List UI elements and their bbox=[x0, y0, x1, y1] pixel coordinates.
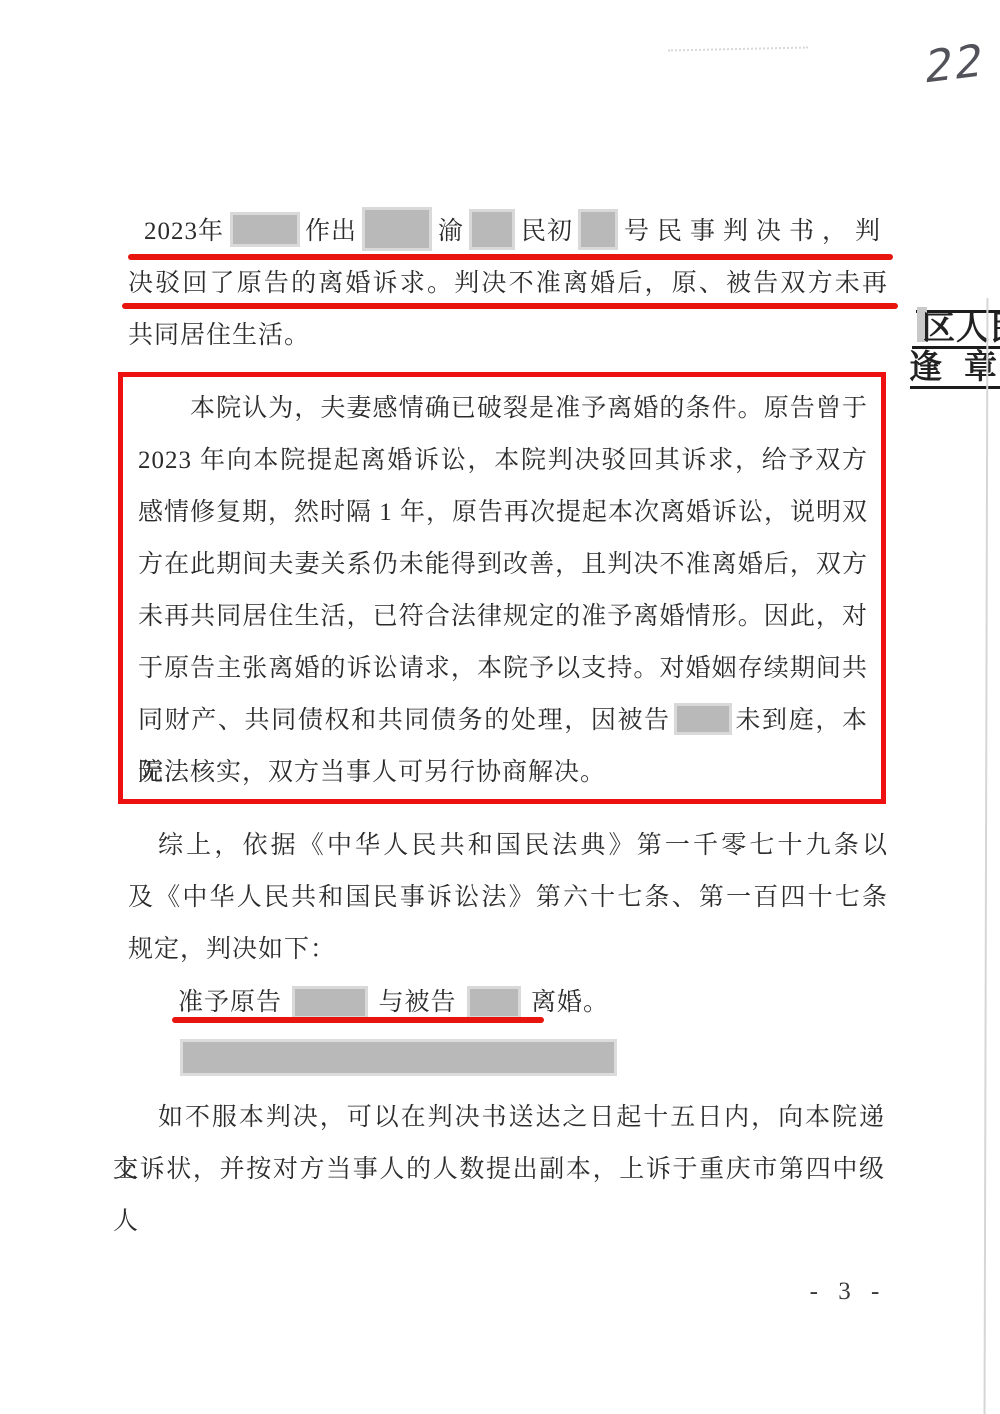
scan-smudge bbox=[668, 47, 808, 52]
intro-text: 渝 bbox=[438, 206, 464, 258]
edge-stamp-row2-right: 章 bbox=[964, 350, 998, 386]
ruling-paragraph: 综上，依据《中华人民共和国民法典》第一千零七十九条以 及《中华人民共和国民事诉讼… bbox=[128, 820, 888, 976]
redaction-bar bbox=[180, 1039, 617, 1076]
opinion-line: 未再共同居住生活，已符合法律规定的准予离婚情形。因此，对 bbox=[138, 591, 868, 643]
judgment-text: 与被告 bbox=[379, 989, 457, 1016]
appeal-paragraph: 如不服本判决，可以在判决书送达之日起十五日内，向本院递交 上诉状，并按对方当事人… bbox=[113, 1092, 885, 1196]
redaction-box bbox=[469, 209, 515, 250]
opinion-line: 感情修复期，然时隔 1 年，原告再次提起本次离婚诉讼，说明双 bbox=[138, 487, 868, 539]
intro-text: 作出 bbox=[305, 206, 357, 258]
appeal-line: 如不服本判决，可以在判决书送达之日起十五日内，向本院递交 bbox=[113, 1092, 885, 1144]
intro-text: 民初 bbox=[521, 206, 573, 258]
ruling-line: 及《中华人民共和国民事诉讼法》第六十七条、第一百四十七条 bbox=[128, 872, 888, 924]
intro-paragraph: 2023年 作出 渝 民初 号民事判决书，判 决驳回了原告的离婚诉求。判决不准离… bbox=[128, 206, 888, 362]
red-underline bbox=[122, 303, 898, 309]
redaction-box bbox=[362, 207, 432, 251]
ruling-line: 规定，判决如下： bbox=[128, 924, 888, 976]
intro-line-3: 共同居住生活。 bbox=[128, 310, 888, 362]
redaction-box bbox=[230, 212, 300, 247]
opinion-line: 于原告主张离婚的诉讼请求，本院予以支持。对婚姻存续期间共 bbox=[138, 643, 868, 695]
opinion-line: 本院认为，夫妻感情确已破裂是准予离婚的条件。原告曾于 bbox=[138, 383, 868, 435]
judgment-text: 离婚。 bbox=[531, 989, 609, 1016]
opinion-line: 同财产、共同债权和共同债务的处理，因被告未到庭，本院 bbox=[138, 695, 868, 747]
redaction-box bbox=[578, 209, 618, 250]
appeal-line: 上诉状，并按对方当事人的人数提出副本，上诉于重庆市第四中级人 bbox=[113, 1144, 885, 1196]
intro-line-1: 2023年 作出 渝 民初 号民事判决书，判 bbox=[128, 206, 888, 258]
opinion-line: 2023 年向本院提起离婚诉讼，本院判决驳回其诉求，给予双方 bbox=[138, 435, 868, 487]
court-opinion-red-box: 本院认为，夫妻感情确已破裂是准予离婚的条件。原告曾于 2023 年向本院提起离婚… bbox=[118, 372, 886, 804]
intro-text: 号民事判决书，判 bbox=[624, 206, 888, 258]
intro-text: 2023年 bbox=[144, 206, 224, 258]
red-underline bbox=[128, 254, 893, 260]
ruling-line: 综上，依据《中华人民共和国民法典》第一千零七十九条以 bbox=[128, 820, 888, 872]
page-number: - 3 - bbox=[778, 1272, 918, 1312]
opinion-line: 方在此期间夫妻关系仍未能得到改善，且判决不准离婚后，双方 bbox=[138, 539, 868, 591]
edge-stamp-row2-left: 逢 bbox=[909, 350, 943, 386]
handwritten-page-index: 22 bbox=[922, 33, 998, 94]
red-underline bbox=[172, 1017, 544, 1023]
redaction-box bbox=[292, 986, 368, 1019]
scan-artifact-line bbox=[984, 298, 989, 1414]
redaction-box bbox=[674, 703, 732, 735]
opinion-text: 同财产、共同债权和共同债务的处理，因被告 bbox=[138, 707, 671, 734]
judgment-text: 准予原告 bbox=[178, 989, 282, 1016]
scanned-judgment-page: 22 2023年 作出 渝 民初 号民事判决书，判 决驳回了原告的离婚诉求。判决… bbox=[0, 0, 1000, 1414]
opinion-line: 无法核实，双方当事人可另行协商解决。 bbox=[138, 747, 868, 799]
redaction-box bbox=[467, 986, 521, 1019]
